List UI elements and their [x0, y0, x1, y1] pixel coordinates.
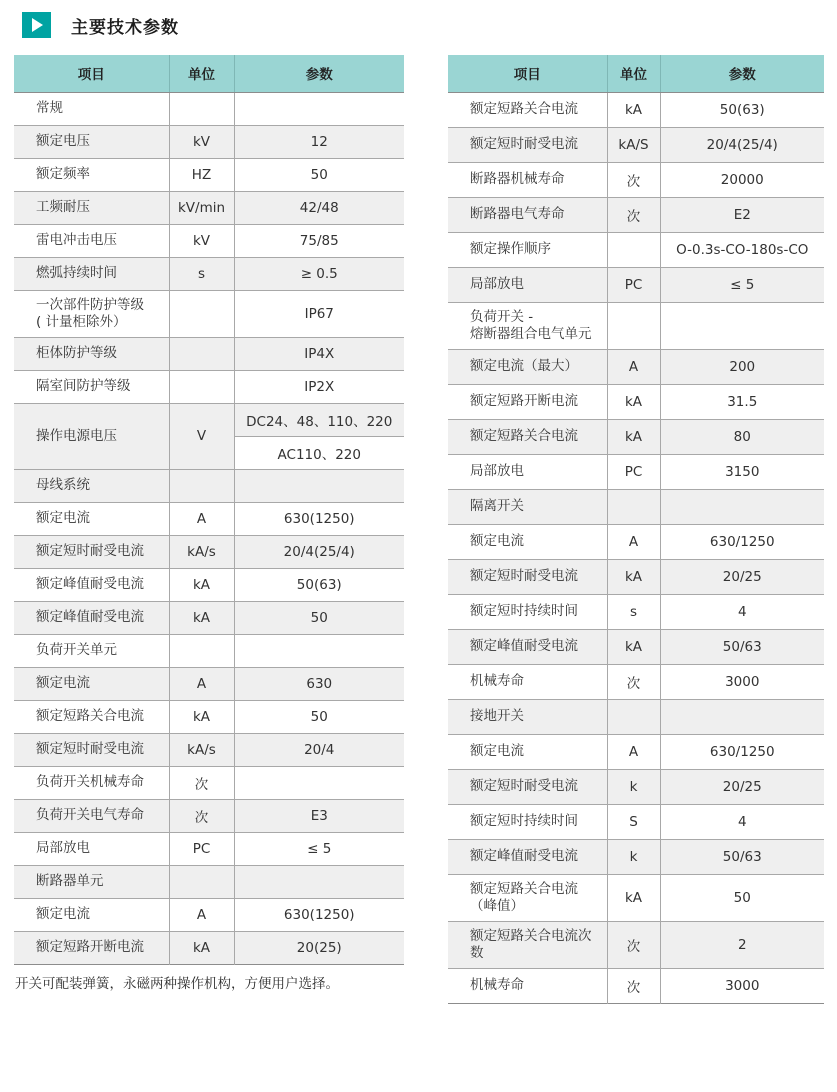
table-row: 额定电流A630/1250 [448, 734, 824, 769]
table-row: 额定操作顺序O-0.3s-CO-180s-CO [448, 232, 824, 267]
param-value-cell: 630(1250) [234, 502, 404, 535]
play-arrow-icon [22, 12, 51, 38]
param-unit-cell: kA [607, 629, 660, 664]
param-unit-cell: A [607, 734, 660, 769]
table-row: 额定峰值耐受电流k50/63 [448, 839, 824, 874]
param-value-cell: 20(25) [234, 931, 404, 964]
param-unit-cell: HZ [169, 158, 234, 191]
param-name-cell: 雷电冲击电压 [14, 224, 169, 257]
param-value-cell: IP67 [234, 290, 404, 337]
param-value-cell: IP2X [234, 370, 404, 403]
param-name-cell: 母线系统 [14, 469, 169, 502]
param-unit-cell: kV [169, 125, 234, 158]
param-unit-cell: k [607, 769, 660, 804]
param-name-cell: 接地开关 [448, 699, 607, 734]
table-row: 断路器电气寿命次E2 [448, 197, 824, 232]
right-params-table: 项目 单位 参数 额定短路关合电流kA50(63)额定短时耐受电流kA/S20/… [448, 55, 824, 1004]
param-name-cell: 额定短路关合电流 （峰值） [448, 874, 607, 921]
param-unit-cell [169, 634, 234, 667]
param-name-cell: 额定短时耐受电流 [448, 769, 607, 804]
table-row: 额定短路开断电流kA20(25) [14, 931, 404, 964]
table-row: 机械寿命次3000 [448, 968, 824, 1003]
param-name-cell: 额定峰值耐受电流 [448, 629, 607, 664]
param-value-cell: 50 [234, 700, 404, 733]
param-value-cell: 4 [660, 804, 824, 839]
param-value-cell: 50/63 [660, 839, 824, 874]
param-name-cell: 常规 [14, 92, 169, 125]
param-unit-cell: 次 [607, 664, 660, 699]
table-row: 局部放电PC3150 [448, 454, 824, 489]
param-value-cell: O-0.3s-CO-180s-CO [660, 232, 824, 267]
table-row: 额定短时持续时间S4 [448, 804, 824, 839]
table-row: 负荷开关 - 熔断器组合电气单元 [448, 302, 824, 349]
param-name-cell: 断路器机械寿命 [448, 162, 607, 197]
param-value-cell: 75/85 [234, 224, 404, 257]
param-unit-cell [607, 232, 660, 267]
table-row: 燃弧持续时间s≥ 0.5 [14, 257, 404, 290]
param-unit-cell: s [607, 594, 660, 629]
table-row: 机械寿命次3000 [448, 664, 824, 699]
param-name-cell: 额定短时耐受电流 [14, 733, 169, 766]
table-row: 工频耐压kV/min42/48 [14, 191, 404, 224]
param-value-cell: ≤ 5 [660, 267, 824, 302]
param-unit-cell: 次 [607, 921, 660, 968]
table-row: 额定电压kV12 [14, 125, 404, 158]
param-name-cell: 负荷开关 - 熔断器组合电气单元 [448, 302, 607, 349]
param-name-cell: 柜体防护等级 [14, 337, 169, 370]
table-row: 额定频率HZ50 [14, 158, 404, 191]
param-name-cell: 工频耐压 [14, 191, 169, 224]
param-value-cell: 630/1250 [660, 524, 824, 559]
table-row: 隔离开关 [448, 489, 824, 524]
table-row: 局部放电PC≤ 5 [448, 267, 824, 302]
left-params-table: 项目 单位 参数 常规额定电压kV12额定频率HZ50工频耐压kV/min42/… [14, 55, 404, 965]
param-unit-cell: S [607, 804, 660, 839]
param-unit-cell: PC [607, 267, 660, 302]
param-value-cell [660, 489, 824, 524]
param-unit-cell: kA [607, 92, 660, 127]
table-row: 负荷开关单元 [14, 634, 404, 667]
page-title: 主要技术参数 [71, 13, 179, 38]
param-name-cell: 负荷开关机械寿命 [14, 766, 169, 799]
param-name-cell: 额定电流 [14, 502, 169, 535]
param-unit-cell: kA [607, 419, 660, 454]
param-unit-cell [169, 92, 234, 125]
param-value-cell [234, 865, 404, 898]
table-row: 额定电流A630 [14, 667, 404, 700]
param-unit-cell: kA/S [607, 127, 660, 162]
table-row: 额定短时耐受电流kA/S20/4(25/4) [448, 127, 824, 162]
param-value-cell: 630 [234, 667, 404, 700]
param-name-cell: 局部放电 [448, 267, 607, 302]
param-unit-cell: A [607, 349, 660, 384]
param-unit-cell [607, 489, 660, 524]
param-value-cell: 20/4(25/4) [234, 535, 404, 568]
param-name-cell: 机械寿命 [448, 664, 607, 699]
table-row: 一次部件防护等级 ( 计量柜除外）IP67 [14, 290, 404, 337]
param-value-cell: 3150 [660, 454, 824, 489]
param-name-cell: 额定短时耐受电流 [14, 535, 169, 568]
table-row: 雷电冲击电压kV75/85 [14, 224, 404, 257]
section-title-bar: 主要技术参数 [22, 12, 179, 38]
param-name-cell: 额定短路关合电流 [448, 419, 607, 454]
table-row: 操作电源电压VDC24、48、110、220 [14, 403, 404, 436]
table-row: 负荷开关电气寿命次E3 [14, 799, 404, 832]
param-unit-cell: kA [169, 601, 234, 634]
table-row: 额定峰值耐受电流kA50/63 [448, 629, 824, 664]
param-value-cell: 200 [660, 349, 824, 384]
param-value-cell [234, 766, 404, 799]
param-name-cell: 断路器单元 [14, 865, 169, 898]
param-name-cell: 额定短时耐受电流 [448, 127, 607, 162]
param-unit-cell: 次 [607, 162, 660, 197]
param-value-cell: 630(1250) [234, 898, 404, 931]
table-row: 额定电流A630(1250) [14, 898, 404, 931]
param-value-cell: IP4X [234, 337, 404, 370]
param-name-cell: 隔离开关 [448, 489, 607, 524]
table-row: 额定短路关合电流 （峰值）kA50 [448, 874, 824, 921]
param-name-cell: 额定操作顺序 [448, 232, 607, 267]
column-header-unit: 单位 [169, 55, 234, 92]
param-value-cell: DC24、48、110、220 [234, 403, 404, 436]
param-name-cell: 额定电流 [14, 898, 169, 931]
table-row: 接地开关 [448, 699, 824, 734]
param-name-cell: 额定短路关合电流 [14, 700, 169, 733]
param-unit-cell: s [169, 257, 234, 290]
table-row: 额定峰值耐受电流kA50 [14, 601, 404, 634]
param-name-cell: 额定短路关合电流次数 [448, 921, 607, 968]
param-value-cell: 50 [234, 601, 404, 634]
param-value-cell: 630/1250 [660, 734, 824, 769]
table-row: 额定短时耐受电流k20/25 [448, 769, 824, 804]
param-value-cell: E3 [234, 799, 404, 832]
param-value-cell: 20/25 [660, 559, 824, 594]
param-name-cell: 额定电流（最大） [448, 349, 607, 384]
param-unit-cell: A [169, 898, 234, 931]
param-name-cell: 机械寿命 [448, 968, 607, 1003]
param-name-cell: 额定短路关合电流 [448, 92, 607, 127]
param-name-cell: 断路器电气寿命 [448, 197, 607, 232]
param-value-cell: 31.5 [660, 384, 824, 419]
param-value-cell [234, 92, 404, 125]
play-triangle-glyph [32, 18, 43, 32]
param-name-cell: 一次部件防护等级 ( 计量柜除外） [14, 290, 169, 337]
param-value-cell: 3000 [660, 968, 824, 1003]
param-name-cell: 额定电流 [448, 524, 607, 559]
param-value-cell: 50(63) [660, 92, 824, 127]
param-unit-cell [607, 699, 660, 734]
param-unit-cell: kV/min [169, 191, 234, 224]
param-value-cell [660, 302, 824, 349]
footnote-text: 开关可配装弹簧，永磁两种操作机构，方便用户选择。 [15, 972, 339, 992]
param-unit-cell: kA [607, 874, 660, 921]
param-unit-cell: k [607, 839, 660, 874]
param-unit-cell: kA [169, 700, 234, 733]
param-unit-cell [169, 865, 234, 898]
param-unit-cell: kA/s [169, 535, 234, 568]
param-name-cell: 额定电压 [14, 125, 169, 158]
table-row: 断路器机械寿命次20000 [448, 162, 824, 197]
param-value-cell: 4 [660, 594, 824, 629]
param-value-cell: 50/63 [660, 629, 824, 664]
param-unit-cell [607, 302, 660, 349]
param-value-cell: AC110、220 [234, 436, 404, 469]
param-name-cell: 操作电源电压 [14, 403, 169, 469]
param-name-cell: 隔室间防护等级 [14, 370, 169, 403]
param-name-cell: 额定电流 [14, 667, 169, 700]
param-value-cell: 20/25 [660, 769, 824, 804]
param-unit-cell [169, 337, 234, 370]
table-row: 额定短路关合电流kA50 [14, 700, 404, 733]
table-header-row: 项目 单位 参数 [14, 55, 404, 92]
param-value-cell: 50 [234, 158, 404, 191]
param-value-cell: ≤ 5 [234, 832, 404, 865]
param-value-cell: 20000 [660, 162, 824, 197]
param-unit-cell [169, 370, 234, 403]
table-row: 母线系统 [14, 469, 404, 502]
param-unit-cell: A [169, 667, 234, 700]
param-unit-cell: 次 [169, 799, 234, 832]
table-row: 额定短时持续时间s4 [448, 594, 824, 629]
param-name-cell: 额定短时持续时间 [448, 594, 607, 629]
column-header-value: 参数 [660, 55, 824, 92]
param-unit-cell: V [169, 403, 234, 469]
table-row: 额定峰值耐受电流kA50(63) [14, 568, 404, 601]
param-name-cell: 额定短时持续时间 [448, 804, 607, 839]
table-row: 常规 [14, 92, 404, 125]
param-unit-cell: kA [607, 559, 660, 594]
param-unit-cell: 次 [607, 968, 660, 1003]
param-name-cell: 负荷开关单元 [14, 634, 169, 667]
param-name-cell: 额定短路开断电流 [448, 384, 607, 419]
page: 主要技术参数 项目 单位 参数 常规额定电压kV12额定频率HZ50工频耐压kV… [0, 0, 837, 1092]
param-name-cell: 局部放电 [14, 832, 169, 865]
table-row: 局部放电PC≤ 5 [14, 832, 404, 865]
param-name-cell: 额定短时耐受电流 [448, 559, 607, 594]
param-unit-cell [169, 469, 234, 502]
param-name-cell: 额定峰值耐受电流 [14, 568, 169, 601]
param-value-cell: 3000 [660, 664, 824, 699]
param-name-cell: 额定峰值耐受电流 [448, 839, 607, 874]
param-unit-cell: PC [169, 832, 234, 865]
param-value-cell: 2 [660, 921, 824, 968]
param-name-cell: 额定短路开断电流 [14, 931, 169, 964]
param-unit-cell: PC [607, 454, 660, 489]
table-row: 额定短路关合电流kA50(63) [448, 92, 824, 127]
param-value-cell [234, 469, 404, 502]
param-unit-cell [169, 290, 234, 337]
param-unit-cell: A [607, 524, 660, 559]
column-header-item: 项目 [448, 55, 607, 92]
table-row: 额定短路开断电流kA31.5 [448, 384, 824, 419]
param-value-cell: 20/4 [234, 733, 404, 766]
param-name-cell: 额定峰值耐受电流 [14, 601, 169, 634]
table-row: 额定短时耐受电流kA/s20/4 [14, 733, 404, 766]
table-row: 隔室间防护等级IP2X [14, 370, 404, 403]
param-value-cell: ≥ 0.5 [234, 257, 404, 290]
param-unit-cell: 次 [607, 197, 660, 232]
param-value-cell: 20/4(25/4) [660, 127, 824, 162]
column-header-unit: 单位 [607, 55, 660, 92]
param-unit-cell: kA [169, 568, 234, 601]
table-row: 负荷开关机械寿命次 [14, 766, 404, 799]
table-row: 额定短路关合电流kA80 [448, 419, 824, 454]
param-value-cell [234, 634, 404, 667]
param-unit-cell: kA [607, 384, 660, 419]
param-unit-cell: kA [169, 931, 234, 964]
param-unit-cell: kV [169, 224, 234, 257]
param-value-cell: 42/48 [234, 191, 404, 224]
column-header-item: 项目 [14, 55, 169, 92]
param-value-cell: 80 [660, 419, 824, 454]
param-unit-cell: 次 [169, 766, 234, 799]
table-row: 额定短路关合电流次数次2 [448, 921, 824, 968]
table-row: 额定短时耐受电流kA20/25 [448, 559, 824, 594]
param-value-cell: 12 [234, 125, 404, 158]
table-row: 断路器单元 [14, 865, 404, 898]
param-unit-cell: A [169, 502, 234, 535]
table-row: 额定电流A630(1250) [14, 502, 404, 535]
table-row: 额定电流（最大）A200 [448, 349, 824, 384]
param-name-cell: 负荷开关电气寿命 [14, 799, 169, 832]
table-row: 额定短时耐受电流kA/s20/4(25/4) [14, 535, 404, 568]
param-name-cell: 额定电流 [448, 734, 607, 769]
param-value-cell: E2 [660, 197, 824, 232]
param-name-cell: 燃弧持续时间 [14, 257, 169, 290]
param-name-cell: 额定频率 [14, 158, 169, 191]
param-name-cell: 局部放电 [448, 454, 607, 489]
param-value-cell [660, 699, 824, 734]
param-value-cell: 50(63) [234, 568, 404, 601]
table-header-row: 项目 单位 参数 [448, 55, 824, 92]
column-header-value: 参数 [234, 55, 404, 92]
table-row: 额定电流A630/1250 [448, 524, 824, 559]
param-unit-cell: kA/s [169, 733, 234, 766]
table-row: 柜体防护等级IP4X [14, 337, 404, 370]
param-value-cell: 50 [660, 874, 824, 921]
